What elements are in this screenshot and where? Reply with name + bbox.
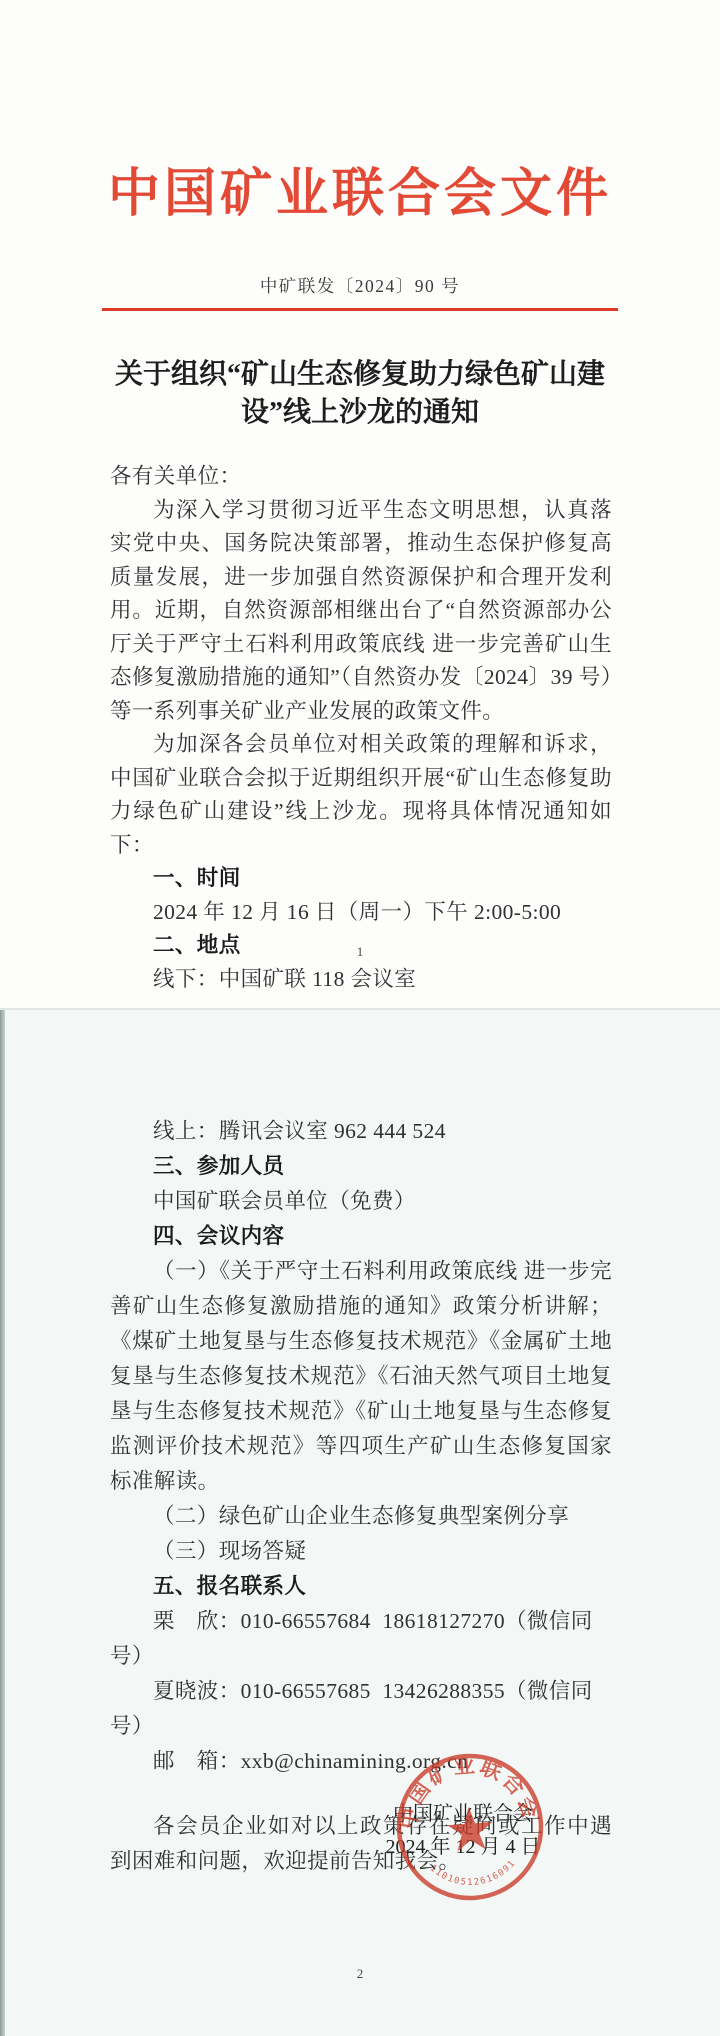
section-heading-participants: 三、参加人员 <box>110 1149 612 1184</box>
page-number-1: 1 <box>0 944 720 960</box>
contact-line-2: 夏晓波：010-66557685 13426288355（微信同号） <box>110 1674 612 1744</box>
doc-header-title: 中国矿业联合会文件 <box>0 165 720 225</box>
agenda-item-2: （二）绿色矿山企业生态修复典型案例分享 <box>110 1499 612 1534</box>
notice-title: 关于组织“矿山生态修复助力绿色矿山建 设”线上沙龙的通知 <box>60 356 660 432</box>
page-1-body: 各有关单位： 为深入学习贯彻习近平生态文明思想，认真落实党中央、国务院决策部署，… <box>110 460 612 996</box>
seal-star-icon <box>446 1805 495 1851</box>
online-location-line: 线上：腾讯会议室 962 444 524 <box>110 1114 612 1149</box>
salutation: 各有关单位： <box>110 460 612 494</box>
doc-number: 中矿联发〔2024〕90 号 <box>0 274 720 298</box>
offline-location-line: 线下：中国矿联 118 会议室 <box>110 963 612 997</box>
notice-title-line1: 关于组织“矿山生态修复助力绿色矿山建 <box>60 356 660 394</box>
document-page-1: 中国矿业联合会文件 中矿联发〔2024〕90 号 关于组织“矿山生态修复助力绿色… <box>0 0 720 1008</box>
official-seal: 中国矿业联合会 11010512616091 <box>385 1742 556 1913</box>
document-page-2: 线上：腾讯会议室 962 444 524 三、参加人员 中国矿联会员单位（免费）… <box>0 1008 720 2036</box>
notice-title-line2: 设”线上沙龙的通知 <box>60 394 660 432</box>
contact-line-1: 栗 欣：010-66557684 18618127270（微信同号） <box>110 1604 612 1674</box>
participants-line: 中国矿联会员单位（免费） <box>110 1184 612 1219</box>
agenda-item-3: （三）现场答疑 <box>110 1534 612 1569</box>
section-heading-time: 一、时间 <box>110 862 612 896</box>
event-time-line: 2024 年 12 月 16 日（周一）下午 2:00-5:00 <box>110 896 612 930</box>
paragraph-event-intro: 为加深各会员单位对相关政策的理解和诉求，中国矿业联合会拟于近期组织开展“矿山生态… <box>110 728 612 862</box>
section-heading-contacts: 五、报名联系人 <box>110 1569 612 1604</box>
page-number-2: 2 <box>0 1966 720 1982</box>
paragraph-policy-background: 为深入学习贯彻习近平生态文明思想，认真落实党中央、国务院决策部署，推动生态保护修… <box>110 494 612 729</box>
agenda-item-1: （一）《关于严守土石料利用政策底线 进一步完善矿山生态修复激励措施的通知》政策分… <box>110 1254 612 1499</box>
section-heading-agenda: 四、会议内容 <box>110 1219 612 1254</box>
red-separator-line <box>102 308 618 311</box>
